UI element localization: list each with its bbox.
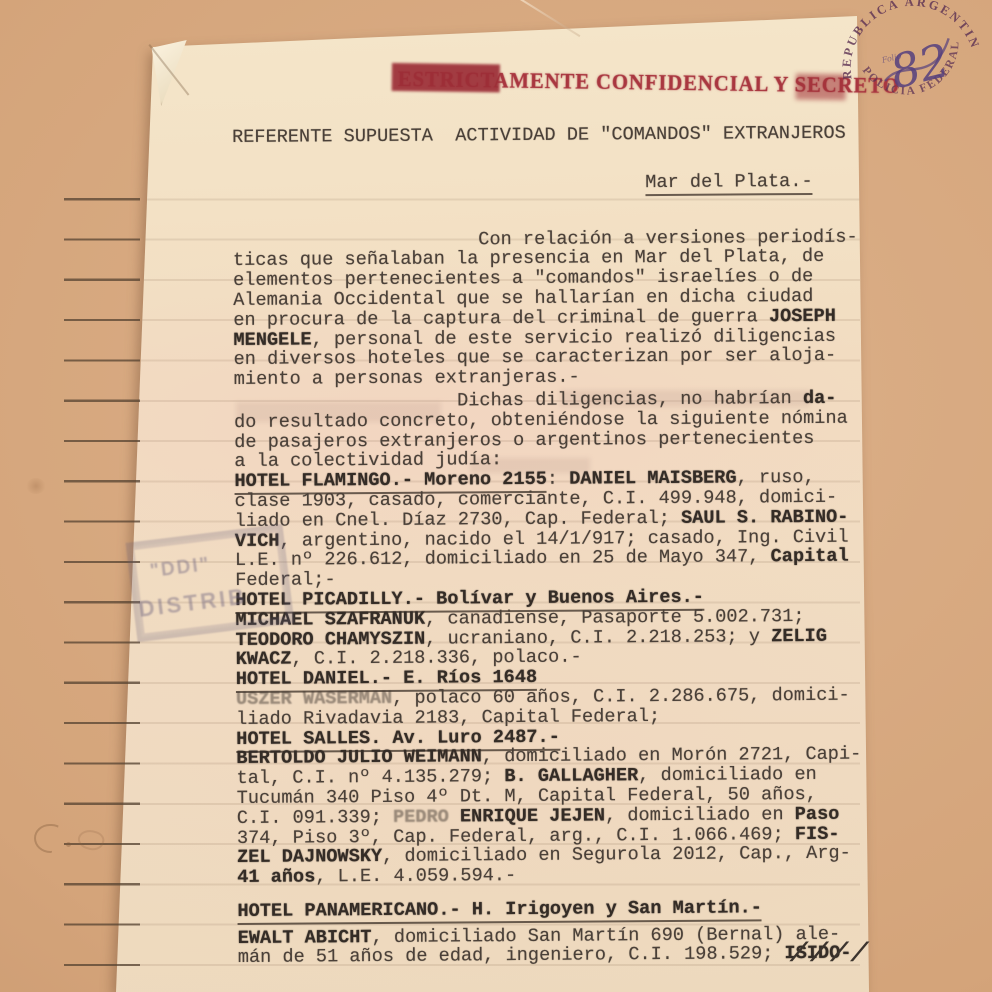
typed-segment: SAUL S. RABINO- (681, 506, 849, 528)
typed-segment: USZER WASERMAN (236, 688, 392, 710)
typed-segment: , domiciliado en Segurola 2012, Cap., Ar… (382, 843, 851, 867)
typed-line: REFERENTE SUPUESTA ACTIVIDAD DE "COMANDO… (232, 123, 880, 147)
typed-segment: mán de 51 años de edad, ingeniero, C.I. … (238, 944, 785, 969)
typed-segment: ZEL DAJNOWSKY (237, 846, 382, 868)
typed-segment: Paso (795, 803, 840, 824)
typed-segment: , C.I. 2.218.336, polaco.- (291, 647, 581, 670)
confidential-stamp: ESTRICTAMENTE CONFIDENCIAL Y SECRETO (398, 66, 868, 107)
stamp-blotch (392, 63, 500, 93)
typed-segment: B. GALLAGHER (504, 765, 638, 787)
typed-segment: KWACZ (236, 649, 292, 670)
typed-segment: , domiciliado en (605, 804, 795, 826)
typed-segment: , ruso, (737, 467, 815, 489)
typed-segment: EWALT ABICHT (238, 927, 372, 949)
ddi-distribution-stamp: "DDI" DISTRIB (125, 524, 294, 643)
typed-segment: FIS- (795, 823, 840, 844)
typed-segment: Mar del Plata.- (645, 171, 813, 196)
typed-line: miento a personas extranjeras.- (234, 366, 882, 390)
scanned-document-page: REFERENTE SUPUESTA ACTIVIDAD DE "COMANDO… (0, 0, 992, 992)
typed-segment: , domiciliado en (638, 764, 817, 786)
typed-line: 41 años, L.E. 4.059.594.- (237, 864, 885, 888)
typed-segment: REFERENTE SUPUESTA ACTIVIDAD DE "COMANDO… (232, 123, 846, 148)
typed-segment: TEODORO CHAMYSZIN (236, 628, 426, 650)
typed-line: HOTEL PANAMERICANO.- H. Irigoyen y San M… (237, 897, 885, 921)
ddi-stamp-line1: "DDI" (149, 554, 212, 583)
typed-line: Mar del Plata.- (232, 171, 880, 195)
typed-text: REFERENTE SUPUESTA ACTIVIDAD DE "COMANDO… (232, 123, 886, 968)
typed-line: de pasajeros extranjeros o argentinos pe… (234, 428, 882, 452)
ddi-stamp-line2: DISTRIB (137, 584, 248, 623)
typed-line: ZEL DAJNOWSKY, domiciliado en Segurola 2… (237, 844, 885, 868)
typed-segment: MENGELE (233, 329, 311, 351)
continuation-slashes: //// (786, 940, 875, 970)
typed-segment: ENRIQUE JEJEN (460, 805, 605, 827)
typed-segment: DANIEL MAISBERG (569, 468, 737, 490)
typed-segment (232, 172, 645, 196)
typed-segment: HOTEL PANAMERICANO.- H. Irigoyen y San M… (237, 897, 762, 925)
typed-segment: JOSEPH (769, 306, 836, 327)
typed-segment: L.E. nº 226.612, domiciliado en 25 de Ma… (235, 547, 771, 572)
typed-line: L.E. nº 226.612, domiciliado en 25 de Ma… (235, 547, 883, 571)
typed-segment: 41 años (237, 867, 315, 889)
typed-segment: , ucraniano, C.I. 2.218.253; y (425, 626, 771, 649)
typed-segment: Capital (771, 546, 849, 568)
stamp-folio-number: 82 (885, 33, 955, 100)
typed-segment: , L.E. 4.059.594.- (315, 865, 516, 887)
typed-segment: C.I. 091.339; (237, 807, 393, 829)
typed-segment: : (547, 469, 569, 490)
pencil-dot (66, 842, 71, 847)
typed-segment: de pasajeros extranjeros o argentinos pe… (234, 428, 814, 453)
typed-segment: miento a personas extranjeras.- (234, 367, 580, 390)
typed-segment: PEDRO (393, 806, 460, 827)
typed-segment: ZELIG (771, 625, 827, 646)
paper-stain (26, 478, 46, 494)
typed-segment: da- (803, 388, 837, 409)
